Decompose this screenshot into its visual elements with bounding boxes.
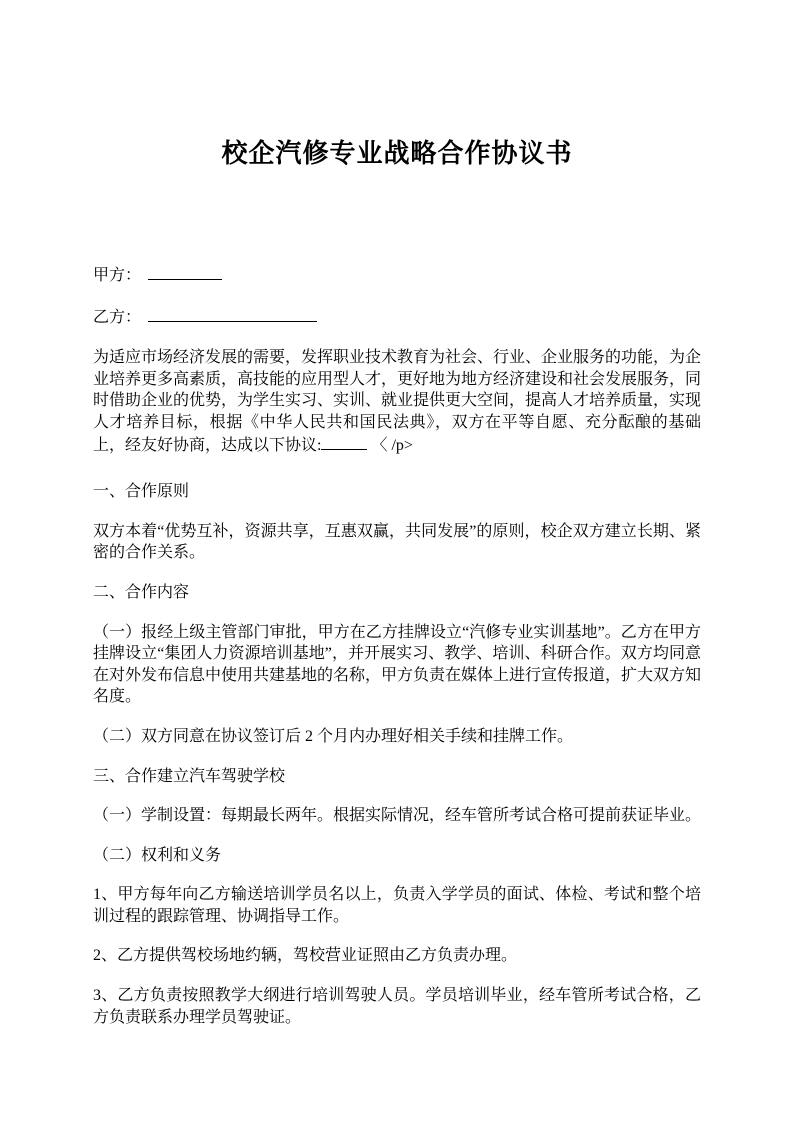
party-a-label: 甲方： <box>93 267 141 284</box>
paragraph-obligation-1: 1、甲方每年向乙方输送培训学员名以上，负责入学学员的面试、体检、考试和整个培训过… <box>93 884 701 927</box>
paragraph-content-item-1: （一）报经上级主管部门审批，甲方在乙方挂牌设立“汽修专业实训基地”。乙方在甲方挂… <box>93 622 701 708</box>
section-heading-driving-school: 三、合作建立汽车驾驶学校 <box>93 766 701 788</box>
party-a-line: 甲方： <box>93 264 701 287</box>
intro-suffix-artifact: 〈 /p> <box>371 437 412 454</box>
party-b-line: 乙方： <box>93 306 701 329</box>
paragraph-content-item-2: （二）双方同意在协议签订后 2 个月内办理好相关手续和挂牌工作。 <box>93 726 701 748</box>
party-a-blank-field <box>148 264 222 280</box>
section-heading-cooperation-content: 二、合作内容 <box>93 582 701 604</box>
paragraph-principles-body: 双方本着“优势互补，资源共享，互惠双赢，共同发展”的原则，校企双方建立长期、紧密… <box>93 521 701 564</box>
document-page: 校企汽修专业战略合作协议书 甲方： 乙方： 为适应市场经济发展的需要，发挥职业技… <box>0 0 793 1122</box>
paragraph-obligation-3: 3、乙方负责按照教学大纲进行培训驾驶人员。学员培训毕业，经车管所考试合格，乙方负… <box>93 985 701 1028</box>
party-b-label: 乙方： <box>93 309 141 326</box>
agreement-blank-field <box>321 434 367 450</box>
paragraph-rights-obligations-heading: （二）权利和义务 <box>93 845 701 867</box>
document-title: 校企汽修专业战略合作协议书 <box>93 138 701 168</box>
paragraph-obligation-2: 2、乙方提供驾校场地约辆，驾校营业证照由乙方负责办理。 <box>93 945 701 967</box>
paragraph-driving-school-item-1: （一）学制设置：每期最长两年。根据实际情况，经车管所考试合格可提前获证毕业。 <box>93 805 701 827</box>
party-block: 甲方： 乙方： <box>93 264 701 328</box>
party-b-blank-field <box>148 306 317 322</box>
intro-paragraph: 为适应市场经济发展的需要，发挥职业技术教育为社会、行业、企业服务的功能，为企业培… <box>93 347 701 456</box>
section-heading-cooperation-principles: 一、合作原则 <box>93 481 701 503</box>
